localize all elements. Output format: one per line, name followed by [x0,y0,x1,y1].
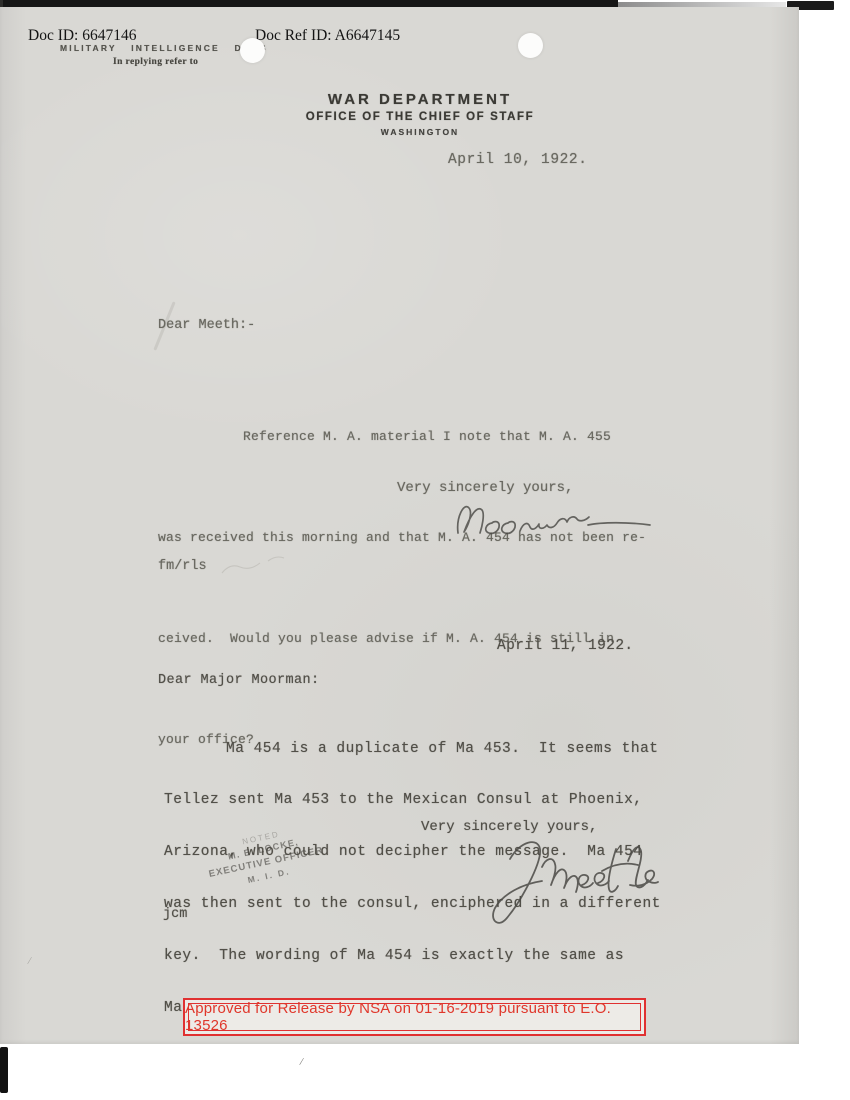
letter2-typist-initials: jcm [163,907,187,922]
release-banner-text: Approved for Release by NSA on 01-16-201… [185,1000,644,1034]
doc-ref-id-label: Doc Ref ID: A6647145 [255,27,400,45]
letter2-body-line: Ma 454 is a duplicate of Ma 453. It seem… [164,741,661,758]
letter1-typist-initials: fm/rls [158,559,207,574]
letterhead: WAR DEPARTMENT OFFICE OF THE CHIEF OF ST… [270,91,570,137]
letter2-salutation: Dear Major Moorman: [158,673,320,688]
scanned-document-canvas: Doc ID: 6647146 Doc Ref ID: A6647145 MIL… [0,0,850,1100]
scan-artifact-bottom-left [0,1047,8,1093]
letter2-body-line: Tellez sent Ma 453 to the Mexican Consul… [164,792,661,809]
letterhead-department: WAR DEPARTMENT [270,91,570,108]
letter2-body-line: key. The wording of Ma 454 is exactly th… [164,948,661,965]
hole-punch-left [240,38,265,63]
document-page: Doc ID: 6647146 Doc Ref ID: A6647145 MIL… [0,7,799,1044]
division-header-line: MILITARY INTELLIGENCE DIVIS [60,43,268,53]
stray-tick-mark: / [299,1056,304,1068]
letterhead-office: OFFICE OF THE CHIEF OF STAFF [270,111,570,123]
refer-note-line: In replying refer to [113,57,198,67]
moorman-signature [450,497,658,541]
letter1-closing: Very sincerely yours, [397,480,573,496]
letter1-body-line: Reference M. A. material I note that M. … [158,420,646,454]
release-banner: Approved for Release by NSA on 01-16-201… [183,998,646,1036]
pencil-mark [218,553,298,579]
meeth-signature [456,831,660,931]
hole-punch-right [518,33,543,58]
pencil-tick: / [27,955,32,967]
letterhead-city: WASHINGTON [270,127,570,137]
letter2-date: April 11, 1922. [497,638,634,654]
letter1-date: April 10, 1922. [448,152,588,168]
letter1-salutation: Dear Meeth:- [158,318,255,333]
